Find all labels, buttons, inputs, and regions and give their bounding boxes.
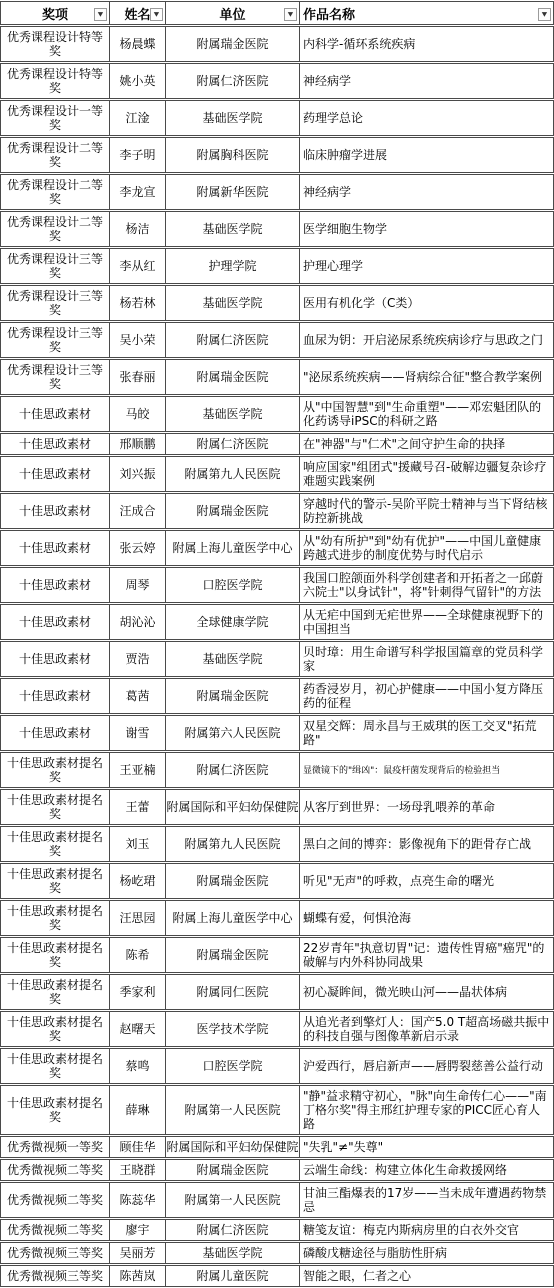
- cell-text: 胡沁沁: [119, 615, 155, 629]
- name-cell[interactable]: 陈茜岚: [110, 1265, 166, 1287]
- name-cell[interactable]: 张春丽: [110, 359, 166, 395]
- unit-cell[interactable]: 附属瑞金医院: [166, 678, 300, 714]
- cell-text: 显微镜下的"缉凶"：鼠疫杆菌发现背后的检验担当: [303, 766, 500, 776]
- cell-text: 杨晨蝶: [119, 37, 155, 51]
- unit-cell[interactable]: 附属上海儿童医学中心: [166, 900, 300, 936]
- cell-text: 廖宇: [125, 1223, 149, 1237]
- cell-text: 基础医学院: [202, 652, 262, 666]
- cell-text: 附属新华医院: [196, 185, 268, 199]
- cell-text: 穿越时代的警示-吴阶平院士精神与当下肾结核防控新挑战: [303, 497, 547, 525]
- cell-text: 张春丽: [119, 370, 155, 384]
- unit-cell[interactable]: 附属第一人民医院: [166, 1085, 300, 1135]
- cell-text: 甘油三酯爆表的17岁——当未成年遭遇药物禁忌: [303, 1186, 546, 1214]
- cell-text: 附属儿童医院: [196, 1269, 268, 1283]
- cell-text: 赵曙天: [119, 1022, 155, 1036]
- work-cell[interactable]: 从无疟中国到无疟世界——全球健康视野下的中国担当: [300, 604, 554, 640]
- award-cell[interactable]: 十佳思政素材: [0, 604, 110, 640]
- award-cell[interactable]: 十佳思政素材提名奖: [0, 937, 110, 973]
- cell-text: 十佳思政素材: [19, 578, 91, 592]
- cell-text: 周琴: [125, 578, 149, 592]
- award-cell[interactable]: 十佳思政素材: [0, 396, 110, 432]
- award-cell[interactable]: 优秀课程设计二等奖: [0, 137, 110, 173]
- award-cell[interactable]: 优秀课程设计特等奖: [0, 26, 110, 62]
- unit-cell[interactable]: 附属第九人民医院: [166, 826, 300, 862]
- name-cell[interactable]: 周琴: [110, 567, 166, 603]
- cell-text: 李龙宣: [119, 185, 155, 199]
- awards-table: 奖项 ▼ 姓名 ▼ 单位 ▼ 作品名称 ▼ 优秀课程设计特等奖杨晨蝶附属瑞金医院…: [0, 0, 554, 1288]
- cell-text: 口腔医学院: [202, 1059, 262, 1073]
- cell-text: 王晓群: [119, 1163, 155, 1177]
- cell-text: "静"益求精守初心，"脉"向生命传仁心——"南丁格尔奖"得主邢红护理专家的PIC…: [303, 1089, 547, 1131]
- unit-cell[interactable]: 附属同仁医院: [166, 974, 300, 1010]
- name-cell[interactable]: 贾浩: [110, 641, 166, 677]
- cell-text: 神经病学: [303, 185, 351, 199]
- table-row: 优秀微视频二等奖陈蕊华附属第一人民医院甘油三酯爆表的17岁——当未成年遭遇药物禁…: [0, 1182, 554, 1218]
- unit-cell[interactable]: 附属仁济医院: [166, 63, 300, 99]
- award-cell[interactable]: 十佳思政素材提名奖: [0, 1011, 110, 1047]
- cell-text: 我国口腔颌面外科学创建者和开拓者之一邱蔚六院士"以身试针"，将"针刺得气留针"的…: [303, 571, 551, 599]
- work-cell[interactable]: 我国口腔颌面外科学创建者和开拓者之一邱蔚六院士"以身试针"，将"针刺得气留针"的…: [300, 567, 554, 603]
- cell-text: 磷酸戊糖途径与脂肪性肝病: [303, 1246, 447, 1260]
- award-cell[interactable]: 优秀课程设计三等奖: [0, 285, 110, 321]
- cell-text: 沪爱西行，唇启新声——唇腭裂慈善公益行动: [303, 1059, 543, 1073]
- name-cell[interactable]: 王晓群: [110, 1159, 166, 1181]
- name-cell[interactable]: 李子明: [110, 137, 166, 173]
- cell-text: 十佳思政素材: [19, 615, 91, 629]
- cell-text: 双星交辉：周永昌与王威琪的医工交叉"拓荒路": [303, 719, 537, 747]
- name-cell[interactable]: 杨晨蝶: [110, 26, 166, 62]
- work-cell[interactable]: 贝时璋：用生命谱写科学报国篇章的党员科学家: [300, 641, 554, 677]
- cell-text: 优秀微视频一等奖: [7, 1140, 103, 1154]
- award-cell[interactable]: 优秀课程设计二等奖: [0, 174, 110, 210]
- unit-cell[interactable]: 基础医学院: [166, 641, 300, 677]
- unit-cell[interactable]: 附属国际和平妇幼保健院: [166, 1136, 300, 1158]
- awards-table-body: 优秀课程设计特等奖杨晨蝶附属瑞金医院内科学-循环系统疾病优秀课程设计特等奖姚小英…: [0, 26, 554, 1287]
- award-cell[interactable]: 优秀微视频二等奖: [0, 1159, 110, 1181]
- award-cell[interactable]: 十佳思政素材: [0, 493, 110, 529]
- cell-text: 十佳思政素材: [19, 407, 91, 421]
- table-row: 十佳思政素材提名奖蔡鸣口腔医学院沪爱西行，唇启新声——唇腭裂慈善公益行动: [0, 1048, 554, 1084]
- cell-text: 附属仁济医院: [196, 333, 268, 347]
- table-row: 优秀课程设计二等奖杨洁基础医学院医学细胞生物学: [0, 211, 554, 247]
- table-row: 优秀课程设计三等奖张春丽附属瑞金医院"泌尿系统疾病——肾病综合征"整合教学案例: [0, 359, 554, 395]
- cell-text: 基础医学院: [202, 222, 262, 236]
- work-cell[interactable]: 从"中国智慧"到"生命重塑"——邓宏魁团队的化药诱导iPSC的科研之路: [300, 396, 554, 432]
- cell-text: "失乳"≠"失尊": [303, 1140, 383, 1154]
- cell-text: 优秀微视频二等奖: [7, 1163, 103, 1177]
- cell-text: 附属瑞金医院: [196, 874, 268, 888]
- work-cell[interactable]: 听见"无声"的呼救，点亮生命的曙光: [300, 863, 554, 899]
- cell-text: 十佳思政素材: [19, 726, 91, 740]
- chevron-down-icon: ▼: [154, 12, 159, 18]
- cell-text: 江淦: [125, 111, 149, 125]
- name-cell[interactable]: 陈蕊华: [110, 1182, 166, 1218]
- name-cell[interactable]: 杨若林: [110, 285, 166, 321]
- unit-cell[interactable]: 基础医学院: [166, 1242, 300, 1264]
- cell-text: 智能之眼，仁者之心: [303, 1269, 411, 1283]
- cell-text: 云端生命线：构建立体化生命救援网络: [303, 1163, 507, 1177]
- unit-cell[interactable]: 基础医学院: [166, 100, 300, 136]
- work-cell[interactable]: 临床肿瘤学进展: [300, 137, 554, 173]
- work-cell[interactable]: 穿越时代的警示-吴阶平院士精神与当下肾结核防控新挑战: [300, 493, 554, 529]
- work-cell[interactable]: 从"幼有所护"到"幼有优护"——中国儿童健康跨越式进步的制度优势与时代启示: [300, 530, 554, 566]
- unit-cell[interactable]: 附属仁济医院: [166, 322, 300, 358]
- cell-text: 陈蕊华: [119, 1193, 155, 1207]
- name-cell[interactable]: 邢顺鹏: [110, 433, 166, 455]
- cell-text: 十佳思政素材提名奖: [7, 830, 103, 858]
- unit-cell[interactable]: 附属仁济医院: [166, 1219, 300, 1241]
- name-cell[interactable]: 陈希: [110, 937, 166, 973]
- column-header-label: 奖项: [42, 8, 68, 23]
- chevron-down-icon: ▼: [542, 12, 547, 18]
- cell-text: 从"中国智慧"到"生命重塑"——邓宏魁团队的化药诱导iPSC的科研之路: [303, 400, 541, 428]
- award-cell[interactable]: 优秀课程设计三等奖: [0, 248, 110, 284]
- cell-text: 药香浸岁月，初心护健康——中国小复方降压药的征程: [303, 682, 543, 710]
- table-row: 十佳思政素材胡沁沁全球健康学院从无疟中国到无疟世界——全球健康视野下的中国担当: [0, 604, 554, 640]
- column-header-award: 奖项 ▼: [0, 1, 110, 25]
- award-cell[interactable]: 优秀课程设计特等奖: [0, 63, 110, 99]
- work-cell[interactable]: 医学细胞生物学: [300, 211, 554, 247]
- chevron-down-icon: ▼: [288, 12, 293, 18]
- name-cell[interactable]: 季家利: [110, 974, 166, 1010]
- work-cell[interactable]: 医用有机化学（C类）: [300, 285, 554, 321]
- work-cell[interactable]: 响应国家"组团式"援藏号召-破解边疆复杂诊疗难题实践案例: [300, 456, 554, 492]
- unit-cell[interactable]: 附属瑞金医院: [166, 359, 300, 395]
- cell-text: 医学技术学院: [196, 1022, 268, 1036]
- cell-text: 优秀课程设计二等奖: [7, 215, 103, 243]
- name-cell[interactable]: 吴丽芳: [110, 1242, 166, 1264]
- cell-text: 十佳思政素材提名奖: [7, 867, 103, 895]
- cell-text: 十佳思政素材提名奖: [7, 941, 103, 969]
- work-cell[interactable]: 神经病学: [300, 63, 554, 99]
- table-row: 十佳思政素材提名奖刘玉附属第九人民医院黑白之间的博弈：影像视角下的距骨存亡战: [0, 826, 554, 862]
- cell-text: 药理学总论: [303, 111, 363, 125]
- unit-cell[interactable]: 附属国际和平妇幼保健院: [166, 789, 300, 825]
- column-header-unit: 单位 ▼: [166, 1, 300, 25]
- unit-cell[interactable]: 护理学院: [166, 248, 300, 284]
- name-cell[interactable]: 顾佳华: [110, 1136, 166, 1158]
- cell-text: 十佳思政素材: [19, 689, 91, 703]
- unit-cell[interactable]: 基础医学院: [166, 211, 300, 247]
- name-cell[interactable]: 刘兴振: [110, 456, 166, 492]
- cell-text: 陈茜岚: [119, 1269, 155, 1283]
- table-row: 优秀课程设计三等奖李从红护理学院护理心理学: [0, 248, 554, 284]
- award-cell[interactable]: 优秀微视频三等奖: [0, 1265, 110, 1287]
- cell-text: 贾浩: [125, 652, 149, 666]
- unit-cell[interactable]: 附属仁济医院: [166, 433, 300, 455]
- cell-text: 全球健康学院: [196, 615, 268, 629]
- cell-text: 优秀课程设计二等奖: [7, 178, 103, 206]
- award-cell[interactable]: 十佳思政素材提名奖: [0, 826, 110, 862]
- work-cell[interactable]: "静"益求精守初心，"脉"向生命传仁心——"南丁格尔奖"得主邢红护理专家的PIC…: [300, 1085, 554, 1135]
- name-cell[interactable]: 汪成合: [110, 493, 166, 529]
- table-row: 十佳思政素材提名奖薛琳附属第一人民医院"静"益求精守初心，"脉"向生命传仁心——…: [0, 1085, 554, 1135]
- table-row: 十佳思政素材提名奖陈希附属瑞金医院 22岁青年"执意切胃"记：遗传性胃癌"癌咒"…: [0, 937, 554, 973]
- cell-text: 附属第九人民医院: [184, 467, 280, 481]
- name-cell[interactable]: 马皎: [110, 396, 166, 432]
- unit-cell[interactable]: 附属第一人民医院: [166, 1182, 300, 1218]
- cell-text: 杨屹珺: [119, 874, 155, 888]
- cell-text: 附属第一人民医院: [184, 1103, 280, 1117]
- cell-text: 优秀课程设计特等奖: [7, 67, 103, 95]
- cell-text: 十佳思政素材: [19, 467, 91, 481]
- table-row: 优秀课程设计二等奖李龙宣附属新华医院神经病学: [0, 174, 554, 210]
- work-cell[interactable]: 云端生命线：构建立体化生命救援网络: [300, 1159, 554, 1181]
- cell-text: 附属国际和平妇幼保健院: [166, 1140, 298, 1154]
- name-cell[interactable]: 李龙宣: [110, 174, 166, 210]
- filter-dropdown-button[interactable]: ▼: [284, 8, 297, 21]
- award-cell[interactable]: 十佳思政素材提名奖: [0, 1048, 110, 1084]
- cell-text: 糖笺友谊：梅克内斯病房里的白衣外交官: [303, 1223, 519, 1237]
- name-cell[interactable]: 吴小荣: [110, 322, 166, 358]
- cell-text: 附属第一人民医院: [184, 1193, 280, 1207]
- cell-text: 汪成合: [119, 504, 155, 518]
- cell-text: 从"幼有所护"到"幼有优护"——中国儿童健康跨越式进步的制度优势与时代启示: [303, 534, 541, 562]
- column-header-label: 作品名称: [303, 8, 355, 23]
- name-cell[interactable]: 谢雪: [110, 715, 166, 751]
- cell-text: 附属仁济医院: [196, 763, 268, 777]
- table-row: 优秀课程设计特等奖姚小英附属仁济医院神经病学: [0, 63, 554, 99]
- award-cell[interactable]: 优秀微视频三等奖: [0, 1242, 110, 1264]
- cell-text: 听见"无声"的呼救，点亮生命的曙光: [303, 874, 494, 888]
- cell-text: 优秀微视频三等奖: [7, 1246, 103, 1260]
- work-cell[interactable]: 22岁青年"执意切胃"记：遗传性胃癌"癌咒"的破解与内外科协同战果: [300, 937, 554, 973]
- cell-text: 优秀课程设计三等奖: [7, 326, 103, 354]
- cell-text: 附属仁济医院: [196, 1223, 268, 1237]
- award-cell[interactable]: 十佳思政素材: [0, 641, 110, 677]
- column-header-name: 姓名 ▼: [110, 1, 166, 25]
- name-cell[interactable]: 杨洁: [110, 211, 166, 247]
- cell-text: 神经病学: [303, 74, 351, 88]
- cell-text: 优秀微视频三等奖: [7, 1269, 103, 1283]
- cell-text: 黑白之间的博弈：影像视角下的距骨存亡战: [303, 837, 531, 851]
- cell-text: 十佳思政素材提名奖: [7, 904, 103, 932]
- name-cell[interactable]: 王蕾: [110, 789, 166, 825]
- cell-text: 优秀课程设计一等奖: [7, 104, 103, 132]
- table-row: 优秀微视频三等奖陈茜岚附属儿童医院智能之眼，仁者之心: [0, 1265, 554, 1287]
- unit-cell[interactable]: 附属瑞金医院: [166, 493, 300, 529]
- cell-text: 血尿为钥：开启泌尿系统疾病诊疗与思政之门: [303, 333, 543, 347]
- cell-text: 附属瑞金医院: [196, 37, 268, 51]
- name-cell[interactable]: 王亚楠: [110, 752, 166, 788]
- name-cell[interactable]: 李从红: [110, 248, 166, 284]
- cell-text: 附属上海儿童医学中心: [172, 911, 292, 925]
- unit-cell[interactable]: 附属仁济医院: [166, 752, 300, 788]
- work-cell[interactable]: 黑白之间的博弈：影像视角下的距骨存亡战: [300, 826, 554, 862]
- cell-text: 临床肿瘤学进展: [303, 148, 387, 162]
- award-cell[interactable]: 十佳思政素材: [0, 715, 110, 751]
- table-row: 优秀课程设计二等奖李子明附属胸科医院临床肿瘤学进展: [0, 137, 554, 173]
- cell-text: 十佳思政素材: [19, 504, 91, 518]
- cell-text: 医用有机化学（C类）: [303, 296, 419, 310]
- award-cell[interactable]: 十佳思政素材提名奖: [0, 974, 110, 1010]
- cell-text: 优秀微视频二等奖: [7, 1193, 103, 1207]
- unit-cell[interactable]: 基础医学院: [166, 396, 300, 432]
- table-row: 十佳思政素材张云婷附属上海儿童医学中心从"幼有所护"到"幼有优护"——中国儿童健…: [0, 530, 554, 566]
- cell-text: 张云婷: [119, 541, 155, 555]
- cell-text: 口腔医学院: [202, 578, 262, 592]
- unit-cell[interactable]: 全球健康学院: [166, 604, 300, 640]
- table-row: 优秀课程设计三等奖杨若林基础医学院医用有机化学（C类）: [0, 285, 554, 321]
- cell-text: 王亚楠: [119, 763, 155, 777]
- cell-text: 王蕾: [125, 800, 149, 814]
- table-row: 优秀微视频二等奖王晓群附属瑞金医院云端生命线：构建立体化生命救援网络: [0, 1159, 554, 1181]
- unit-cell[interactable]: 基础医学院: [166, 285, 300, 321]
- award-cell[interactable]: 优秀课程设计三等奖: [0, 322, 110, 358]
- table-row: 十佳思政素材周琴口腔医学院我国口腔颌面外科学创建者和开拓者之一邱蔚六院士"以身试…: [0, 567, 554, 603]
- cell-text: 马皎: [125, 407, 149, 421]
- work-cell[interactable]: 沪爱西行，唇启新声——唇腭裂慈善公益行动: [300, 1048, 554, 1084]
- work-cell[interactable]: 智能之眼，仁者之心: [300, 1265, 554, 1287]
- cell-text: 李子明: [119, 148, 155, 162]
- table-row: 优秀课程设计三等奖吴小荣附属仁济医院血尿为钥：开启泌尿系统疾病诊疗与思政之门: [0, 322, 554, 358]
- cell-text: 22岁青年"执意切胃"记：遗传性胃癌"癌咒"的破解与内外科协同战果: [303, 941, 544, 969]
- unit-cell[interactable]: 附属上海儿童医学中心: [166, 530, 300, 566]
- cell-text: 附属瑞金医院: [196, 1163, 268, 1177]
- cell-text: 附属上海儿童医学中心: [172, 541, 292, 555]
- work-cell[interactable]: 糖笺友谊：梅克内斯病房里的白衣外交官: [300, 1219, 554, 1241]
- work-cell[interactable]: 从客厅到世界：一场母乳喂养的革命: [300, 789, 554, 825]
- award-cell[interactable]: 十佳思政素材提名奖: [0, 1085, 110, 1135]
- cell-text: 汪思园: [119, 911, 155, 925]
- work-cell[interactable]: "泌尿系统疾病——肾病综合征"整合教学案例: [300, 359, 554, 395]
- cell-text: 附属国际和平妇幼保健院: [166, 800, 298, 814]
- table-row: 十佳思政素材提名奖赵曙天医学技术学院从追光者到擎灯人：国产5.0 T超高场磁共振…: [0, 1011, 554, 1047]
- cell-text: 基础医学院: [202, 296, 262, 310]
- work-cell[interactable]: 蝴蝶有爱，何惧沧海: [300, 900, 554, 936]
- award-cell[interactable]: 十佳思政素材提名奖: [0, 752, 110, 788]
- award-cell[interactable]: 优秀课程设计二等奖: [0, 211, 110, 247]
- cell-text: 从无疟中国到无疟世界——全球健康视野下的中国担当: [303, 608, 543, 636]
- name-cell[interactable]: 廖宇: [110, 1219, 166, 1241]
- cell-text: 护理学院: [208, 259, 256, 273]
- cell-text: 杨洁: [125, 222, 149, 236]
- award-cell[interactable]: 优秀微视频二等奖: [0, 1182, 110, 1218]
- award-cell[interactable]: 十佳思政素材: [0, 456, 110, 492]
- cell-text: 优秀课程设计三等奖: [7, 363, 103, 391]
- table-row: 十佳思政素材邢顺鹏附属仁济医院在"神器"与"仁术"之间守护生命的抉择: [0, 433, 554, 455]
- name-cell[interactable]: 蔡鸣: [110, 1048, 166, 1084]
- table-row: 优秀微视频三等奖吴丽芳基础医学院磷酸戊糖途径与脂肪性肝病: [0, 1242, 554, 1264]
- cell-text: 十佳思政素材提名奖: [7, 756, 103, 784]
- cell-text: 护理心理学: [303, 259, 363, 273]
- cell-text: 葛茜: [125, 689, 149, 703]
- cell-text: 医学细胞生物学: [303, 222, 387, 236]
- table-row: 优秀课程设计一等奖江淦基础医学院药理学总论: [0, 100, 554, 136]
- unit-cell[interactable]: 附属瑞金医院: [166, 863, 300, 899]
- cell-text: 在"神器"与"仁术"之间守护生命的抉择: [303, 437, 505, 451]
- unit-cell[interactable]: 附属瑞金医院: [166, 26, 300, 62]
- name-cell[interactable]: 汪思园: [110, 900, 166, 936]
- unit-cell[interactable]: 附属新华医院: [166, 174, 300, 210]
- unit-cell[interactable]: 口腔医学院: [166, 567, 300, 603]
- name-cell[interactable]: 薛琳: [110, 1085, 166, 1135]
- work-cell[interactable]: 从追光者到擎灯人：国产5.0 T超高场磁共振中的科技自强与图像革新启示录: [300, 1011, 554, 1047]
- unit-cell[interactable]: 口腔医学院: [166, 1048, 300, 1084]
- award-cell[interactable]: 十佳思政素材提名奖: [0, 900, 110, 936]
- name-cell[interactable]: 江淦: [110, 100, 166, 136]
- cell-text: 优秀课程设计特等奖: [7, 30, 103, 58]
- unit-cell[interactable]: 附属瑞金医院: [166, 937, 300, 973]
- work-cell[interactable]: 甘油三酯爆表的17岁——当未成年遭遇药物禁忌: [300, 1182, 554, 1218]
- cell-text: 附属胸科医院: [196, 148, 268, 162]
- name-cell[interactable]: 赵曙天: [110, 1011, 166, 1047]
- unit-cell[interactable]: 医学技术学院: [166, 1011, 300, 1047]
- work-cell[interactable]: 药理学总论: [300, 100, 554, 136]
- table-row: 优秀微视频二等奖廖宇附属仁济医院糖笺友谊：梅克内斯病房里的白衣外交官: [0, 1219, 554, 1241]
- work-cell[interactable]: 双星交辉：周永昌与王威琪的医工交叉"拓荒路": [300, 715, 554, 751]
- name-cell[interactable]: 杨屹珺: [110, 863, 166, 899]
- name-cell[interactable]: 张云婷: [110, 530, 166, 566]
- cell-text: 贝时璋：用生命谱写科学报国篇章的党员科学家: [303, 645, 543, 673]
- cell-text: 附属仁济医院: [196, 74, 268, 88]
- filter-dropdown-button[interactable]: ▼: [150, 8, 163, 21]
- award-cell[interactable]: 十佳思政素材: [0, 567, 110, 603]
- table-row: 十佳思政素材葛茜附属瑞金医院药香浸岁月，初心护健康——中国小复方降压药的征程: [0, 678, 554, 714]
- award-cell[interactable]: 十佳思政素材提名奖: [0, 863, 110, 899]
- name-cell[interactable]: 刘玉: [110, 826, 166, 862]
- cell-text: 十佳思政素材: [19, 437, 91, 451]
- award-cell[interactable]: 优秀课程设计三等奖: [0, 359, 110, 395]
- cell-text: 蝴蝶有爱，何惧沧海: [303, 911, 411, 925]
- cell-text: 蔡鸣: [125, 1059, 149, 1073]
- cell-text: 优秀课程设计二等奖: [7, 141, 103, 169]
- unit-cell[interactable]: 附属第六人民医院: [166, 715, 300, 751]
- table-row: 十佳思政素材提名奖杨屹珺附属瑞金医院听见"无声"的呼救，点亮生命的曙光: [0, 863, 554, 899]
- cell-text: 谢雪: [125, 726, 149, 740]
- work-cell[interactable]: 在"神器"与"仁术"之间守护生命的抉择: [300, 433, 554, 455]
- unit-cell[interactable]: 附属儿童医院: [166, 1265, 300, 1287]
- work-cell[interactable]: 神经病学: [300, 174, 554, 210]
- award-cell[interactable]: 优秀课程设计一等奖: [0, 100, 110, 136]
- cell-text: 姚小英: [119, 74, 155, 88]
- cell-text: 基础医学院: [202, 111, 262, 125]
- award-cell[interactable]: 优秀微视频二等奖: [0, 1219, 110, 1241]
- cell-text: 附属瑞金医院: [196, 948, 268, 962]
- award-cell[interactable]: 十佳思政素材: [0, 678, 110, 714]
- award-cell[interactable]: 优秀微视频一等奖: [0, 1136, 110, 1158]
- table-row: 十佳思政素材汪成合附属瑞金医院穿越时代的警示-吴阶平院士精神与当下肾结核防控新挑…: [0, 493, 554, 529]
- column-header-work: 作品名称 ▼: [300, 1, 554, 25]
- filter-dropdown-button[interactable]: ▼: [94, 8, 107, 21]
- cell-text: "泌尿系统疾病——肾病综合征"整合教学案例: [303, 370, 542, 384]
- work-cell[interactable]: "失乳"≠"失尊": [300, 1136, 554, 1158]
- work-cell[interactable]: 内科学-循环系统疾病: [300, 26, 554, 62]
- unit-cell[interactable]: 附属胸科医院: [166, 137, 300, 173]
- name-cell[interactable]: 姚小英: [110, 63, 166, 99]
- filter-dropdown-button[interactable]: ▼: [538, 8, 551, 21]
- name-cell[interactable]: 葛茜: [110, 678, 166, 714]
- work-cell[interactable]: 磷酸戊糖途径与脂肪性肝病: [300, 1242, 554, 1264]
- award-cell[interactable]: 十佳思政素材提名奖: [0, 789, 110, 825]
- work-cell[interactable]: 初心凝眸间，微光映山河——晶状体病: [300, 974, 554, 1010]
- work-cell[interactable]: 护理心理学: [300, 248, 554, 284]
- award-cell[interactable]: 十佳思政素材: [0, 530, 110, 566]
- award-cell[interactable]: 十佳思政素材: [0, 433, 110, 455]
- unit-cell[interactable]: 附属第九人民医院: [166, 456, 300, 492]
- work-cell[interactable]: 药香浸岁月，初心护健康——中国小复方降压药的征程: [300, 678, 554, 714]
- cell-text: 十佳思政素材提名奖: [7, 1052, 103, 1080]
- table-row: 十佳思政素材提名奖王亚楠附属仁济医院显微镜下的"缉凶"：鼠疫杆菌发现背后的检验担…: [0, 752, 554, 788]
- name-cell[interactable]: 胡沁沁: [110, 604, 166, 640]
- cell-text: 优秀课程设计三等奖: [7, 289, 103, 317]
- cell-text: 陈希: [125, 948, 149, 962]
- cell-text: 附属仁济医院: [196, 437, 268, 451]
- cell-text: 基础医学院: [202, 1246, 262, 1260]
- work-cell[interactable]: 血尿为钥：开启泌尿系统疾病诊疗与思政之门: [300, 322, 554, 358]
- work-cell[interactable]: 显微镜下的"缉凶"：鼠疫杆菌发现背后的检验担当: [300, 752, 554, 788]
- unit-cell[interactable]: 附属瑞金医院: [166, 1159, 300, 1181]
